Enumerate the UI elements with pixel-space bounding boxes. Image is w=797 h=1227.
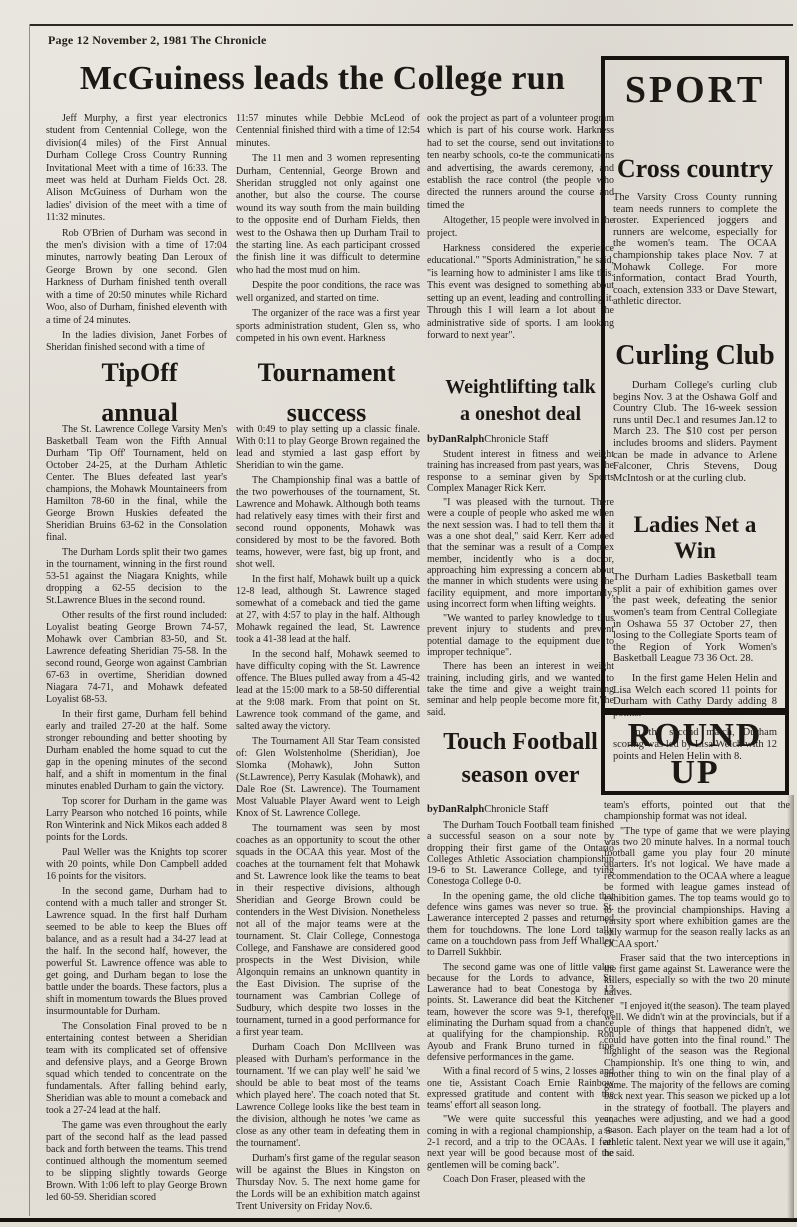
byline-staff: Chronicle Staff xyxy=(484,804,548,815)
paragraph: In the opening game, the old cliche that… xyxy=(427,891,614,959)
weightlifting-headline-line2: a oneshot deal xyxy=(427,401,614,428)
tipoff-headline: TipOff Tournament annual success xyxy=(46,358,420,428)
paragraph: ook the project as part of a volunteer p… xyxy=(427,113,614,212)
paragraph: Rob O'Brien of Durham was second in the … xyxy=(46,228,227,327)
paragraph: Fraser said that the two interceptions i… xyxy=(604,953,790,998)
tipoff-column-2: with 0:49 to play setting up a classic f… xyxy=(236,424,420,1216)
touch-football-headline: Touch Football season over xyxy=(427,726,614,792)
paragraph: The Durham Touch Football team finished … xyxy=(427,820,614,888)
tipoff-headline-word: Tournament xyxy=(233,358,420,388)
paragraph: Durham Coach Don McIllveen was pleased w… xyxy=(236,1042,420,1150)
paragraph: The Varsity Cross County running team ne… xyxy=(613,192,777,308)
round-up-box: ROUND UP xyxy=(601,711,789,795)
round-up-line2: UP xyxy=(605,754,785,791)
paragraph: The game was even throughout the early p… xyxy=(46,1120,227,1204)
weightlifting-headline-line1: Weightlifting talk xyxy=(427,374,614,401)
paragraph: Durham's first game of the regular seaso… xyxy=(236,1153,420,1213)
touch-football-continuation-column: team's efforts, pointed out that the cha… xyxy=(604,800,790,1162)
mcguiness-column-1: Jeff Murphy, a first year electronics st… xyxy=(46,113,227,358)
paragraph: With a final record of 5 wins, 2 losses … xyxy=(427,1066,614,1111)
paragraph: The Durham Ladies Basketball team split … xyxy=(613,572,777,665)
paragraph: Coach Don Fraser, pleased with the xyxy=(427,1174,614,1185)
paragraph: The Championship final was a battle of t… xyxy=(236,475,420,571)
paragraph: In the first half, Mohawk built up a qui… xyxy=(236,574,420,646)
round-up-line1: ROUND xyxy=(605,717,785,754)
cross-country-section: The Varsity Cross County running team ne… xyxy=(613,192,777,308)
tipoff-column-1: The St. Lawrence College Varsity Men's B… xyxy=(46,424,227,1207)
paragraph: Paul Weller was the Knights top scorer w… xyxy=(46,847,227,883)
paragraph: Jeff Murphy, a first year electronics st… xyxy=(46,113,227,225)
paragraph: "I enjoyed it(the season). The team play… xyxy=(604,1001,790,1159)
paragraph: The Consolation Final proved to be n ent… xyxy=(46,1021,227,1117)
paragraph: Harkness considered the experience educa… xyxy=(427,243,614,342)
paragraph: The organizer of the race was a first ye… xyxy=(236,308,420,345)
paragraph: "We wanted to parley knowledge to thus p… xyxy=(427,613,614,658)
paragraph: "We were quite successful this year, com… xyxy=(427,1114,614,1170)
mcguiness-headline: McGuiness leads the College run xyxy=(50,60,595,98)
weightlifting-headline: Weightlifting talk a oneshot deal xyxy=(427,374,614,428)
sport-box: SPORT Cross country The Varsity Cross Co… xyxy=(601,56,789,712)
paragraph: "I was pleased with the turnout. There w… xyxy=(427,497,614,610)
bottom-rule xyxy=(0,1218,797,1222)
touch-football-headline-line1: Touch Football xyxy=(427,726,614,759)
curling-club-heading: Curling Club xyxy=(613,340,777,372)
curling-club-section: Durham College's curling club begins Nov… xyxy=(613,380,777,484)
paragraph: In the second half, Mohawk seemed to hav… xyxy=(236,649,420,733)
paragraph: The 11 men and 3 women representing Durh… xyxy=(236,153,420,277)
paragraph: Student interest in fitness and weight t… xyxy=(427,449,614,494)
paragraph: with 0:49 to play setting up a classic f… xyxy=(236,424,420,472)
mcguiness-column-3: ook the project as part of a volunteer p… xyxy=(427,113,614,345)
weightlifting-column: Student interest in fitness and weight t… xyxy=(427,449,614,721)
paragraph: There has been an interest in weight tra… xyxy=(427,661,614,717)
paragraph: In the second game, Durham had to conten… xyxy=(46,886,227,1018)
paragraph: "The type of game that we were playing w… xyxy=(604,826,790,950)
mcguiness-column-2: 11:57 minutes while Debbie McLeod of Cen… xyxy=(236,113,420,348)
touch-football-byline: byDanRalphChronicle Staff xyxy=(427,804,614,815)
paragraph: The Tournament All Star Team consisted o… xyxy=(236,736,420,820)
touch-football-headline-line2: season over xyxy=(427,759,614,792)
masthead: Page 12 November 2, 1981 The Chronicle xyxy=(48,33,267,48)
sport-box-title: SPORT xyxy=(613,68,777,112)
paragraph: Altogether, 15 people were involved in t… xyxy=(427,215,614,240)
tipoff-headline-word: TipOff xyxy=(46,358,233,388)
paragraph: Despite the poor conditions, the race wa… xyxy=(236,280,420,305)
paragraph: The second game was one of little value … xyxy=(427,962,614,1064)
left-edge-rule xyxy=(29,24,30,1216)
paragraph: The Durham Lords split their two games i… xyxy=(46,547,227,607)
paragraph: The St. Lawrence College Varsity Men's B… xyxy=(46,424,227,544)
paragraph: team's efforts, pointed out that the cha… xyxy=(604,800,790,823)
paragraph: In the ladies division, Janet Forbes of … xyxy=(46,330,227,355)
paragraph: Durham College's curling club begins Nov… xyxy=(613,380,777,484)
cross-country-heading: Cross country xyxy=(613,154,777,184)
top-rule xyxy=(30,24,793,26)
byline-staff: Chronicle Staff xyxy=(484,434,548,445)
byline-author: byDanRalph xyxy=(427,434,484,445)
newspaper-page: Page 12 November 2, 1981 The Chronicle M… xyxy=(0,0,797,1227)
paragraph: In their first game, Durham fell behind … xyxy=(46,709,227,793)
paragraph: Top scorer for Durham in the game was La… xyxy=(46,796,227,844)
byline-author: byDanRalph xyxy=(427,804,484,815)
ladies-net-a-win-heading: Ladies Net a Win xyxy=(613,512,777,564)
paragraph: 11:57 minutes while Debbie McLeod of Cen… xyxy=(236,113,420,150)
touch-football-column: The Durham Touch Football team finished … xyxy=(427,820,614,1188)
paragraph: The tournament was seen by most coaches … xyxy=(236,823,420,1039)
paragraph: Other results of the first round include… xyxy=(46,610,227,706)
weightlifting-byline: byDanRalphChronicle Staff xyxy=(427,434,614,445)
